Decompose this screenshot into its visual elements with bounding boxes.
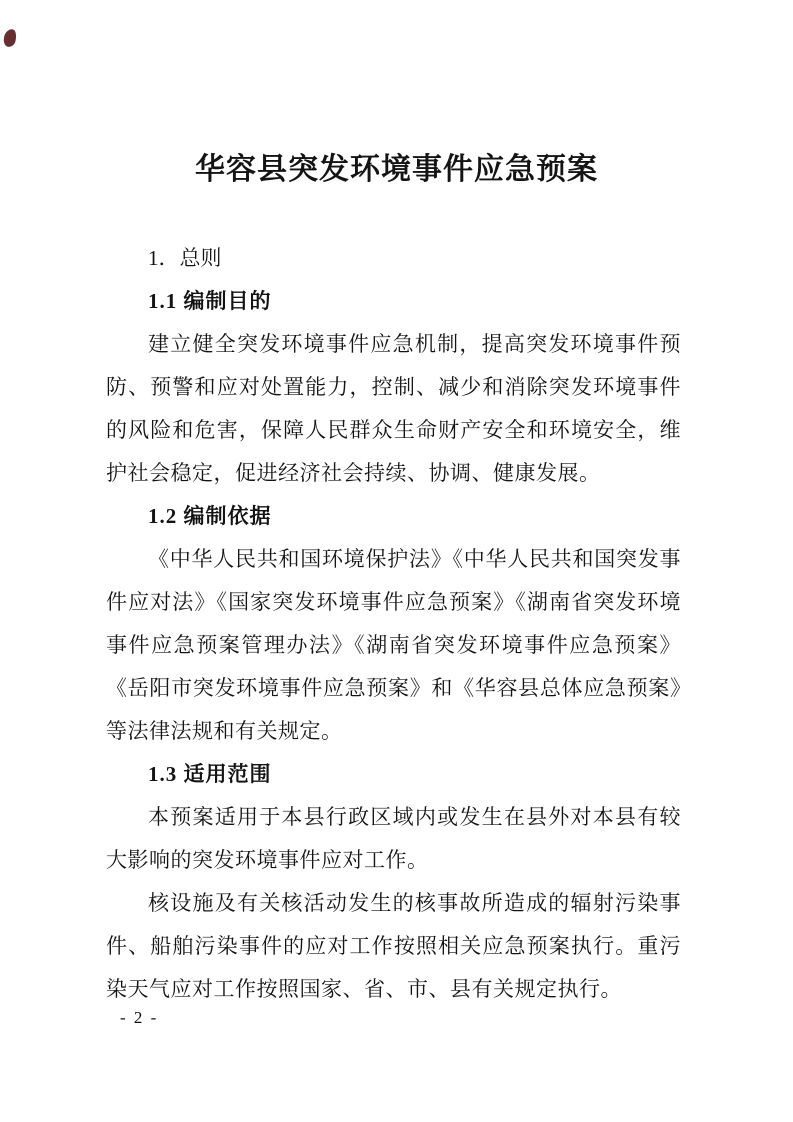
document-title: 华容县突发环境事件应急预案: [0, 150, 793, 190]
section-heading-1-1-purpose: 1.1 编制目的: [106, 280, 681, 323]
chapter-heading-general-provisions: 1．总则: [106, 237, 681, 280]
document-page: 华容县突发环境事件应急预案 1．总则 1.1 编制目的 建立健全突发环境事件应急…: [0, 0, 793, 1122]
stain-mark: [2, 28, 17, 48]
paragraph-basis: 《中华人民共和国环境保护法》《中华人民共和国突发事件应对法》《国家突发环境事件应…: [106, 538, 681, 753]
paragraph-scope-exclusions: 核设施及有关核活动发生的核事故所造成的辐射污染事件、船舶污染事件的应对工作按照相…: [106, 882, 681, 1011]
document-body: 1．总则 1.1 编制目的 建立健全突发环境事件应急机制，提高突发环境事件预防、…: [106, 237, 681, 1011]
paragraph-purpose: 建立健全突发环境事件应急机制，提高突发环境事件预防、预警和应对处置能力，控制、减…: [106, 323, 681, 495]
section-heading-1-3-scope: 1.3 适用范围: [106, 753, 681, 796]
paragraph-scope-applicability: 本预案适用于本县行政区域内或发生在县外对本县有较大影响的突发环境事件应对工作。: [106, 796, 681, 882]
page-number: - 2 -: [120, 1008, 158, 1028]
section-heading-1-2-basis: 1.2 编制依据: [106, 495, 681, 538]
